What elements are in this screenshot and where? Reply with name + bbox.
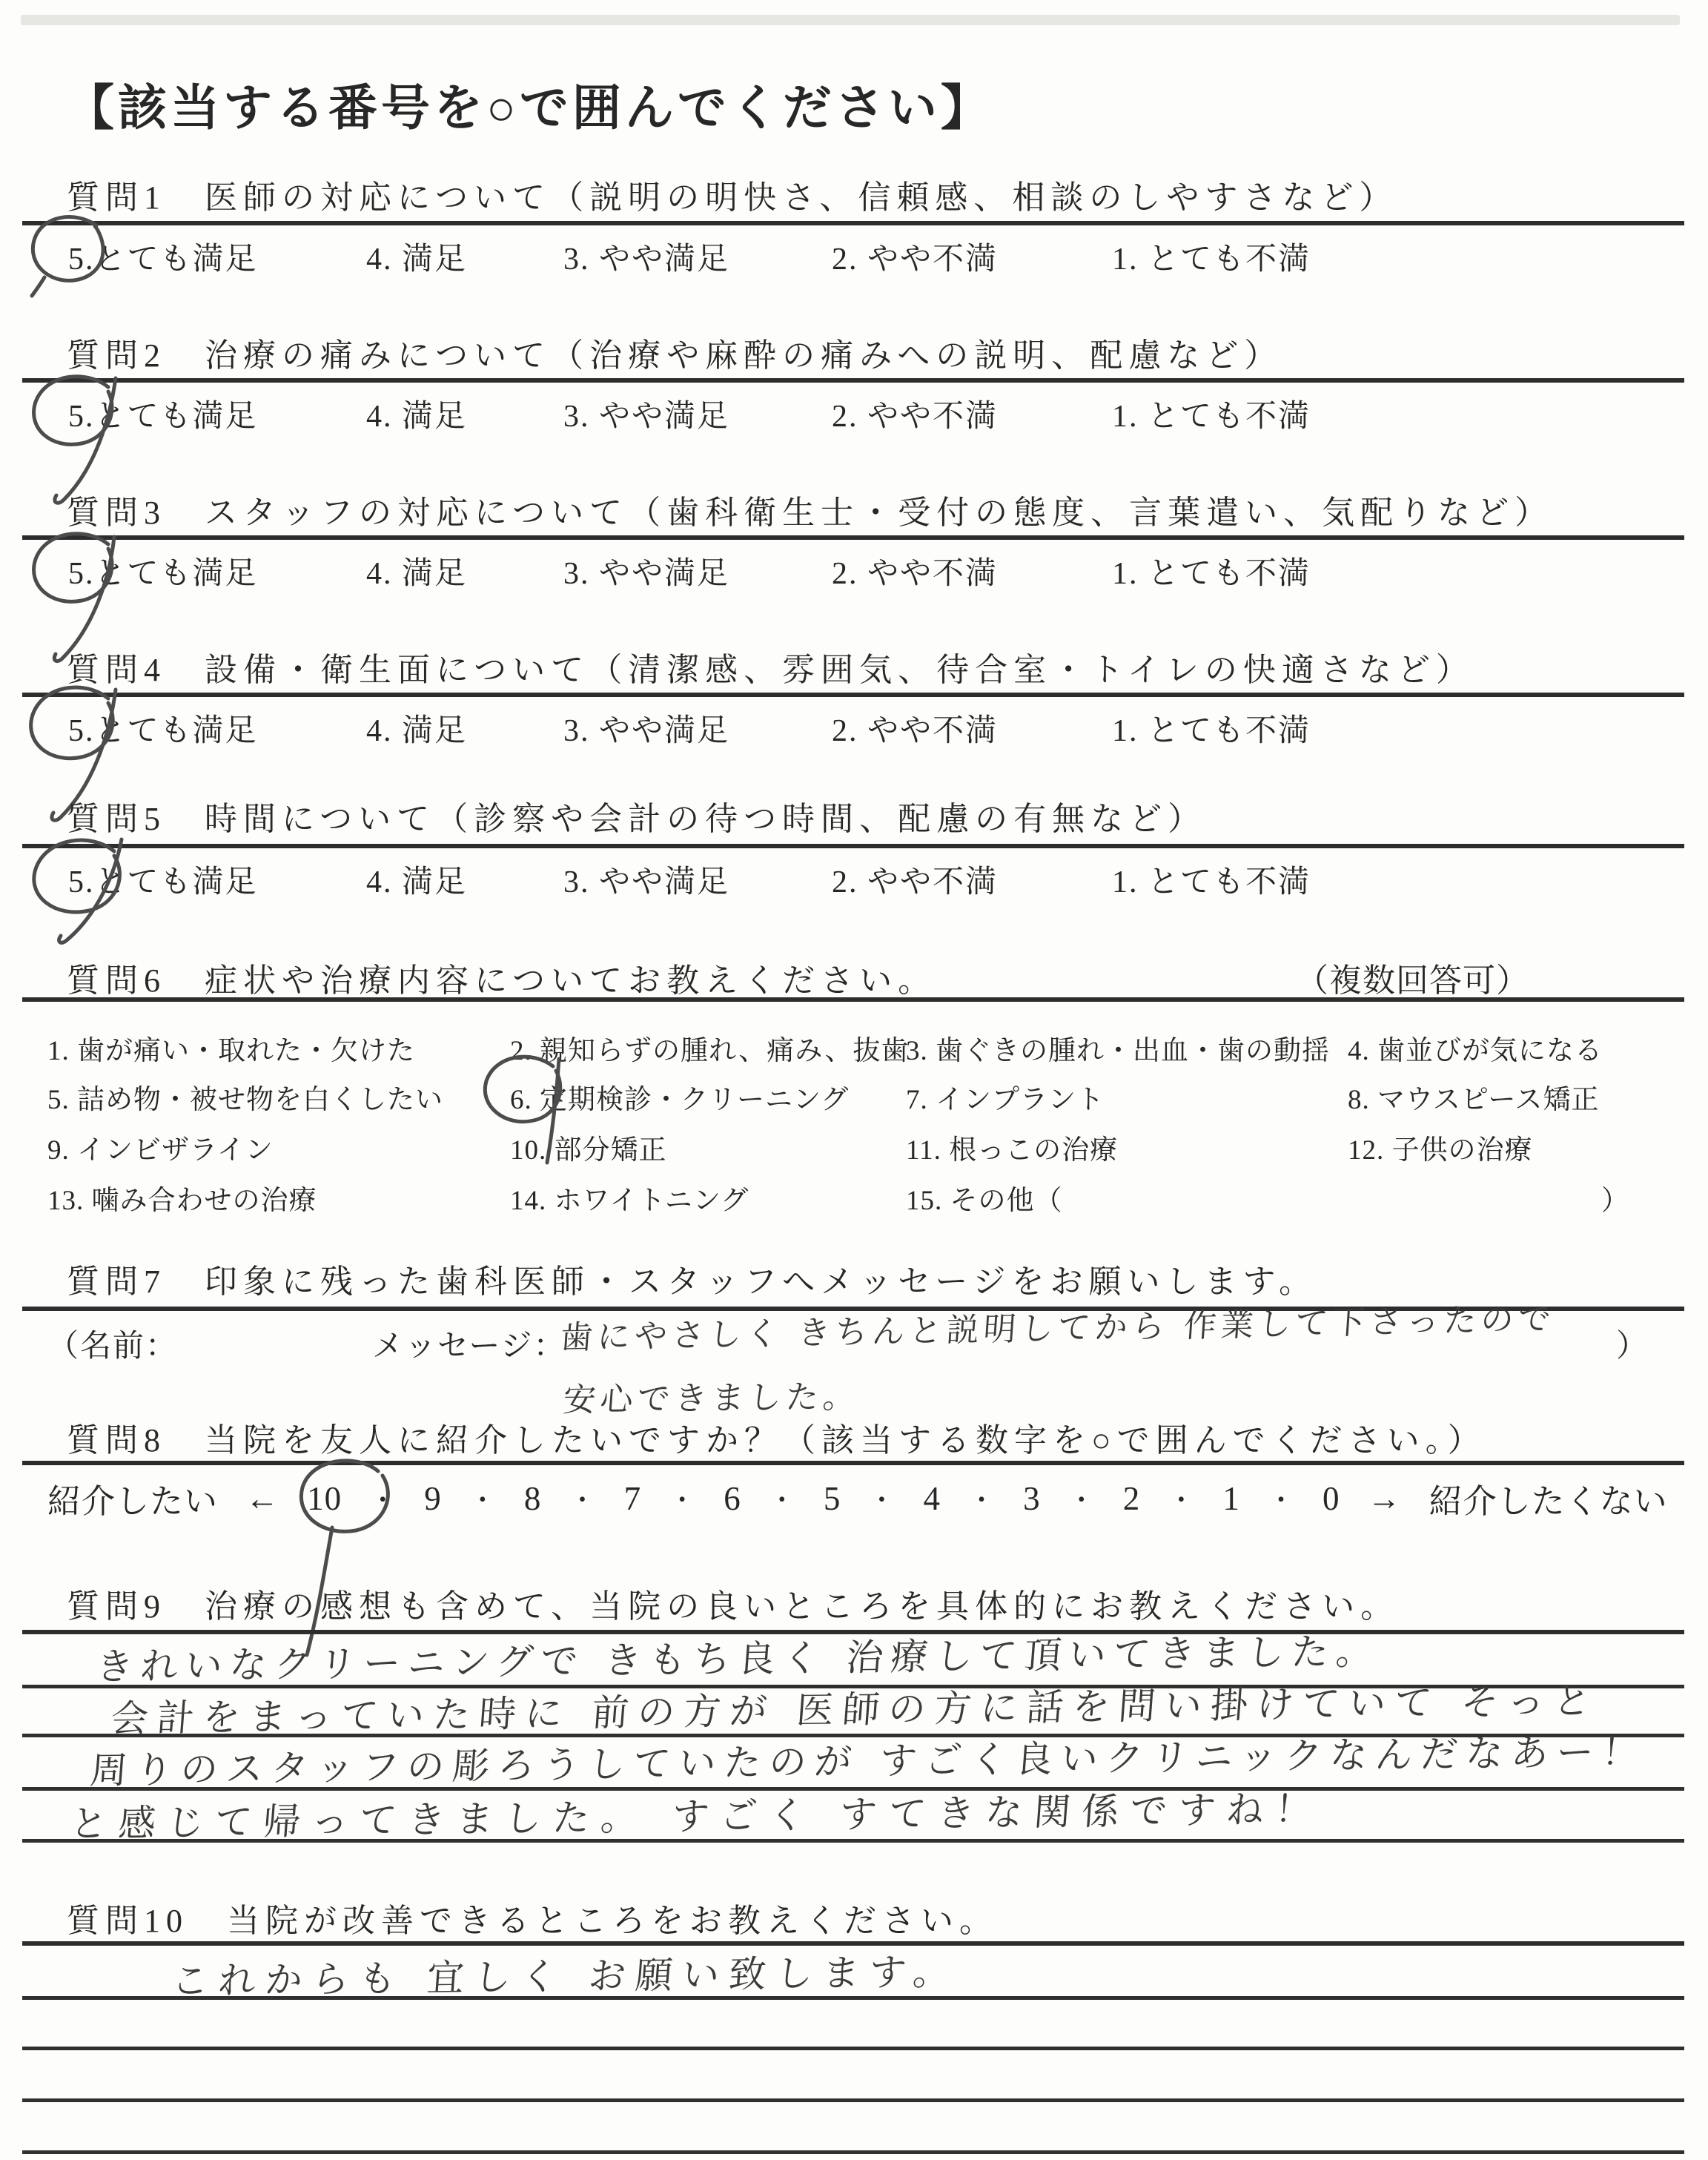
q6-item-4: 4. 歯並びが気になる <box>1348 1028 1603 1068</box>
answer-line <box>22 2150 1684 2154</box>
q4-option-1: 1. とても不満 <box>1112 706 1311 750</box>
q2-option-1: 1. とても不満 <box>1112 392 1311 436</box>
divider <box>22 844 1684 848</box>
q8-separator: ・ <box>369 1479 397 1517</box>
q6-item-9: 9. インビザライン <box>47 1127 274 1167</box>
q3-option-2: 2. やや不満 <box>832 549 998 593</box>
q2-option-5: 5.とても満足 <box>68 392 258 436</box>
q7-name-label: （名前： <box>47 1321 178 1366</box>
q5-option-2: 2. やや不満 <box>832 857 998 902</box>
divider <box>22 535 1684 540</box>
question-6-heading: 質問6 症状や治療内容についてお教えください。 <box>67 954 936 1001</box>
q8-number-9: 9 <box>424 1479 442 1518</box>
answer-line <box>22 1839 1684 1843</box>
q4-option-5: 5.とても満足 <box>68 706 258 750</box>
q6-item-15: 15. その他（ <box>906 1178 1063 1218</box>
q4-option-3: 3. やや満足 <box>563 706 729 750</box>
q6-item-6: 6. 定期検診・クリーニング <box>510 1077 849 1117</box>
q8-separator: ・ <box>1168 1479 1195 1517</box>
q3-option-1: 1. とても不満 <box>1112 549 1311 593</box>
q5-option-1: 1. とても不満 <box>1112 857 1311 902</box>
question-3-heading: 質問3 スタッフの対応について（歯科衛生士・受付の態度、言葉遣い、気配りなど） <box>67 486 1553 533</box>
q8-number-7: 7 <box>624 1479 642 1518</box>
q6-item-11: 11. 根っこの治療 <box>906 1127 1118 1167</box>
answer-line <box>22 1996 1684 2000</box>
q5-option-4: 4. 満足 <box>366 857 467 902</box>
q6-item-15-closing-paren: ） <box>1601 1178 1629 1218</box>
question-8-heading: 質問8 当院を友人に紹介したいですか？（該当する数字を○で囲んでください。） <box>67 1413 1486 1461</box>
q8-separator: ・ <box>1268 1479 1295 1517</box>
q3-option-5: 5.とても満足 <box>68 549 258 593</box>
question-5-heading: 質問5 時間について（診察や会計の待つ時間、配慮の有無など） <box>67 792 1206 839</box>
q1-option-2: 2. やや不満 <box>832 234 998 279</box>
question-10-heading: 質問10 当院が改善できるところをお教えください。 <box>67 1894 998 1941</box>
q8-separator: ・ <box>569 1479 596 1517</box>
q2-option-4: 4. 満足 <box>366 392 467 436</box>
q8-number-1: 1 <box>1222 1479 1240 1518</box>
q8-left-arrow-icon: ← <box>245 1479 279 1518</box>
q8-separator: ・ <box>1068 1479 1096 1517</box>
q8-left-label: 紹介したい <box>47 1474 218 1522</box>
q6-item-7: 7. インプラント <box>906 1077 1105 1117</box>
q5-option-3: 3. やや満足 <box>563 857 729 902</box>
q8-separator: ・ <box>769 1479 796 1517</box>
q7-closing-paren: ） <box>1616 1321 1649 1366</box>
q8-number-2: 2 <box>1123 1479 1141 1518</box>
q6-item-5: 5. 詰め物・被せ物を白くしたい <box>47 1077 443 1117</box>
q8-number-10: 10 <box>307 1479 342 1518</box>
q8-separator: ・ <box>469 1479 497 1517</box>
answer-line <box>22 2047 1684 2050</box>
q8-right-label: 紹介したくない <box>1429 1474 1668 1522</box>
question-9-heading: 質問9 治療の感想も含めて、当院の良いところを具体的にお教えください。 <box>67 1579 1399 1627</box>
q4-option-2: 2. やや不満 <box>832 706 998 750</box>
divider <box>22 997 1684 1002</box>
question-1-heading: 質問1 医師の対応について（説明の明快さ、信頼感、相談のしやすさなど） <box>67 171 1397 218</box>
q6-item-14: 14. ホワイトニング <box>510 1178 749 1218</box>
q8-number-3: 3 <box>1023 1479 1041 1518</box>
question-7-heading: 質問7 印象に残った歯科医師・スタッフへメッセージをお願いします。 <box>67 1255 1317 1302</box>
divider <box>22 221 1684 225</box>
page-title: 【該当する番号を○で囲んでください】 <box>65 68 993 139</box>
q6-item-12: 12. 子供の治療 <box>1348 1127 1533 1167</box>
q6-item-3: 3. 歯ぐきの腫れ・出血・歯の動揺 <box>906 1028 1330 1068</box>
q6-multi-answer-note: （複数回答可） <box>1296 954 1529 1001</box>
q8-number-6: 6 <box>724 1479 741 1518</box>
q2-option-2: 2. やや不満 <box>832 392 998 436</box>
question-4-heading: 質問4 設備・衛生面について（清潔感、雰囲気、待合室・トイレの快適さなど） <box>67 643 1474 690</box>
q8-number-8: 8 <box>524 1479 542 1518</box>
q8-separator: ・ <box>968 1479 996 1517</box>
q4-option-4: 4. 満足 <box>366 706 467 750</box>
q6-item-10: 10. 部分矯正 <box>510 1127 667 1167</box>
q3-option-4: 4. 満足 <box>366 549 467 593</box>
q8-number-4: 4 <box>923 1479 941 1518</box>
divider <box>22 693 1684 697</box>
q8-separator: ・ <box>868 1479 896 1517</box>
q6-item-8: 8. マウスピース矯正 <box>1348 1077 1600 1117</box>
answer-line <box>22 2098 1684 2102</box>
q8-separator: ・ <box>669 1479 696 1517</box>
q5-option-5: 5.とても満足 <box>68 857 258 902</box>
q6-item-2: 2. 親知らずの腫れ、痛み、抜歯 <box>510 1028 909 1068</box>
q1-option-1: 1. とても不満 <box>1112 234 1311 279</box>
q8-number-0: 0 <box>1323 1479 1340 1518</box>
q1-option-3: 3. やや満足 <box>563 234 729 279</box>
divider <box>22 1461 1684 1465</box>
q1-option-4: 4. 満足 <box>366 234 467 279</box>
q6-item-13: 13. 噛み合わせの治療 <box>47 1178 317 1218</box>
q7-message-label: メッセージ： <box>372 1321 566 1366</box>
q6-item-1: 1. 歯が痛い・取れた・欠けた <box>47 1028 415 1068</box>
scanned-survey-page: 【該当する番号を○で囲んでください】 質問1 医師の対応について（説明の明快さ、… <box>0 0 1708 2160</box>
scan-artifact-shadow <box>21 15 1680 25</box>
q1-option-5: 5.とても満足 <box>68 234 258 279</box>
question-2-heading: 質問2 治療の痛みについて（治療や麻酔の痛みへの説明、配慮など） <box>67 328 1282 376</box>
q2-option-3: 3. やや満足 <box>563 392 729 436</box>
q3-option-3: 3. やや満足 <box>563 549 729 593</box>
q8-nps-scale: 紹介したい ← 10 ・ 9 ・ 8 ・ 7 ・ 6 ・ 5 ・ 4 ・ 3 ・… <box>47 1474 1668 1522</box>
divider <box>22 378 1684 383</box>
q8-number-5: 5 <box>824 1479 841 1518</box>
q8-right-arrow-icon: → <box>1368 1479 1402 1518</box>
